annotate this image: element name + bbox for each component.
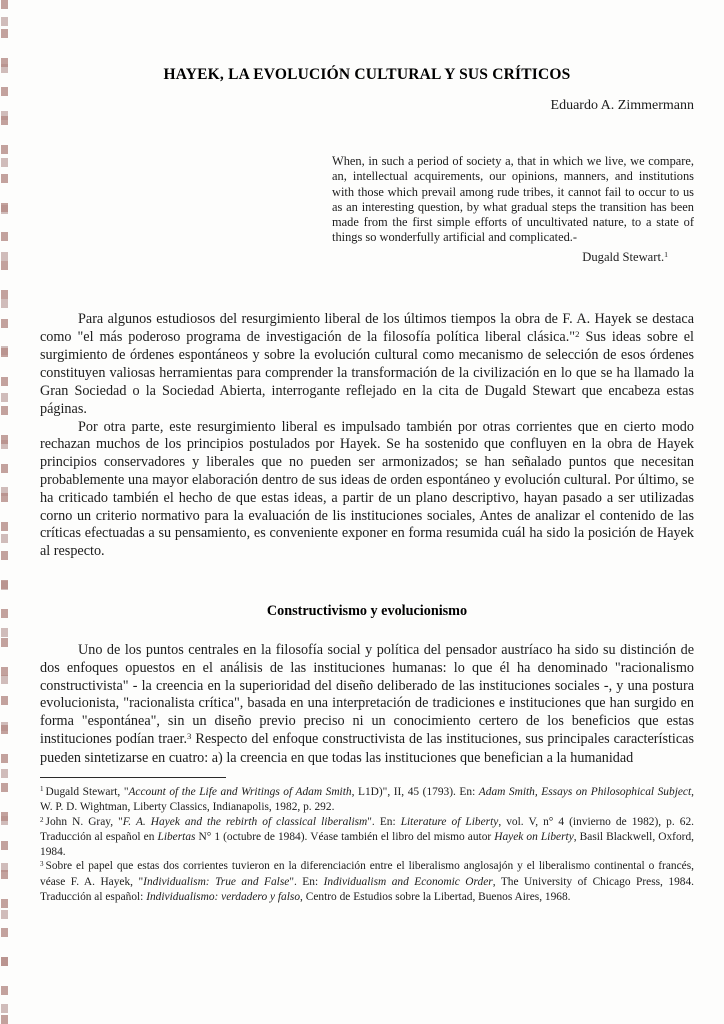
text-segment: Hayek on Liberty — [494, 831, 574, 843]
text-segment: , Centro de Estudios sobre la Libertad, … — [300, 891, 570, 903]
text-segment: Dugald Stewart, " — [46, 786, 129, 798]
text-segment: ". En: — [289, 876, 323, 888]
text-segment: Account of the Life and Writings of Adam… — [128, 786, 351, 798]
section-heading: Constructivismo y evolucionismo — [40, 603, 694, 620]
text-segment: N° 1 (octubre de 1984). Véase también el… — [195, 831, 494, 843]
text-segment: John N. Gray, " — [46, 816, 123, 828]
text-segment: Adam Smith, Essays on Philosophical Subj… — [479, 786, 691, 798]
scanned-paper-page: HAYEK, LA EVOLUCIÓN CULTURAL Y SUS CRÍTI… — [0, 0, 724, 1024]
epigraph-text: When, in such a period of society a, tha… — [332, 154, 694, 246]
text-segment: , L1D)", II, 45 (1793). En: — [352, 786, 479, 798]
footnote-marker: 2 — [40, 816, 44, 824]
footnote-marker: 1 — [40, 785, 44, 793]
epigraph-attribution: Dugald Stewart.1 — [332, 250, 694, 265]
author-name: Eduardo A. Zimmermann — [40, 98, 694, 114]
epigraph-attribution-name: Dugald Stewart. — [582, 250, 664, 264]
footnote-separator-rule — [40, 777, 226, 778]
footnote-marker: 3 — [40, 860, 44, 868]
text-segment: Libertas — [157, 831, 195, 843]
text-segment: Literature of Liberty — [401, 816, 499, 828]
text-segment: ". En: — [367, 816, 400, 828]
footnote: 3Sobre el papel que estas dos corrientes… — [40, 859, 694, 904]
epigraph: When, in such a period of society a, tha… — [332, 154, 694, 265]
scan-edge-marks — [1, 0, 8, 1024]
text-segment: F. A. Hayek and the rebirth of classical… — [123, 816, 368, 828]
text-segment: Por otra parte, este resurgimiento liber… — [40, 419, 694, 560]
body-paragraph: Para algunos estudiosos del resurgimient… — [40, 311, 694, 419]
body-text-before-heading: Para algunos estudiosos del resurgimient… — [40, 311, 694, 561]
body-paragraph: Por otra parte, este resurgimiento liber… — [40, 419, 694, 561]
body-text-after-heading: Uno de los puntos centrales en la filoso… — [40, 642, 694, 768]
page-title: HAYEK, LA EVOLUCIÓN CULTURAL Y SUS CRÍTI… — [40, 66, 694, 84]
text-segment: Individualismo: verdadero y falso — [146, 891, 300, 903]
footnotes-block: 1Dugald Stewart, "Account of the Life an… — [40, 785, 694, 905]
text-segment: Individualism and Economic Order — [324, 876, 493, 888]
footnote-ref-superscript: 1 — [664, 250, 668, 259]
text-segment: Individualism: True and False — [143, 876, 289, 888]
body-paragraph: Uno de los puntos centrales en la filoso… — [40, 642, 694, 768]
footnote-ref-superscript: 3 — [187, 731, 191, 741]
footnote: 2John N. Gray, "F. A. Hayek and the rebi… — [40, 815, 694, 860]
footnote: 1Dugald Stewart, "Account of the Life an… — [40, 785, 694, 815]
footnote-ref-superscript: 2 — [575, 329, 579, 339]
